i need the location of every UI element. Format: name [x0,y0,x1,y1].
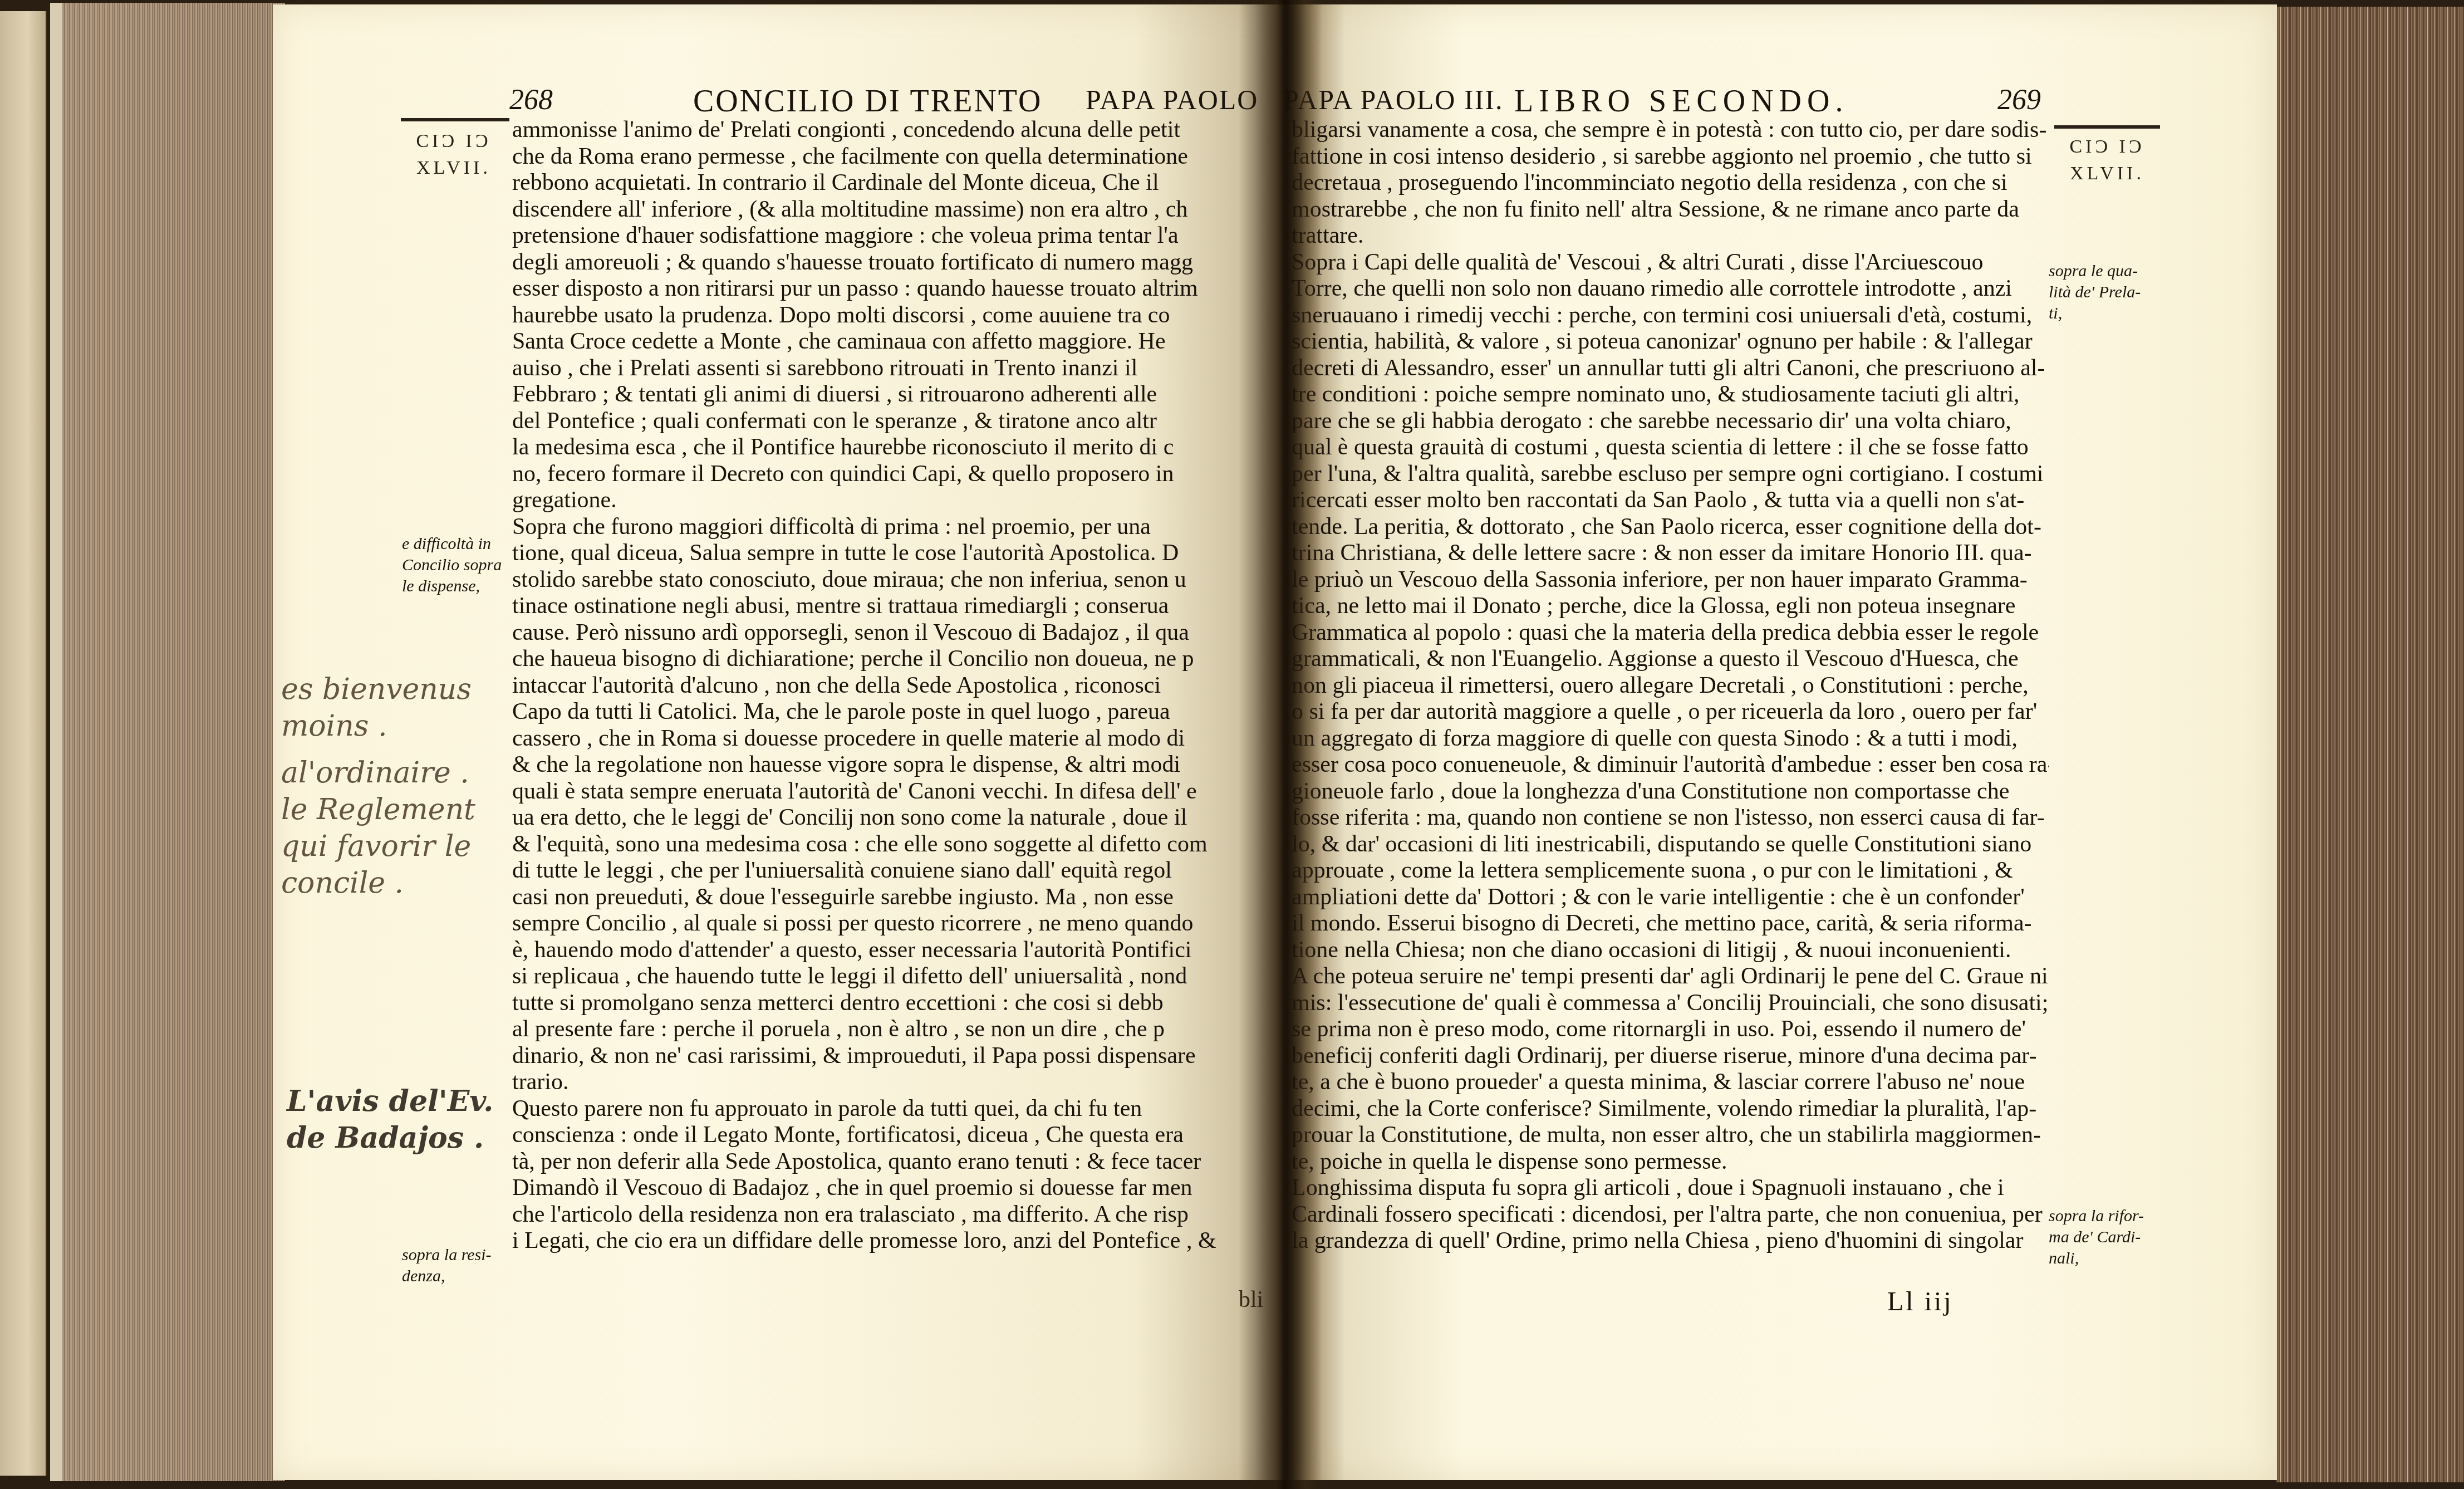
text-line: scientia, habilità, & valore , si poteua… [1292,329,2049,355]
year-line-2: XLVII. [398,155,509,182]
text-line: non gli piaceua il rimettersi, ouero all… [1292,673,2049,699]
handwritten-note-ordinaire: al'ordinaire . le Reglement qui favorir … [281,755,475,902]
text-line: Grammatica al popolo : quasi che la mate… [1292,620,2049,646]
text-line: un aggregato di forza maggiore di quelle… [1292,726,2049,752]
text-line: dinario, & non ne' casi rarissimi, & imp… [512,1043,1269,1070]
signature-mark: Ll iij [1887,1286,1953,1317]
text-line: al presente fare : perche il poruela , n… [512,1016,1269,1043]
text-line: Febbraro ; & tentati gli animi di diuers… [512,381,1269,408]
text-line: le priuò un Vescouo della Sassonia infer… [1292,567,2049,594]
catchword: bli [1239,1286,1263,1313]
left-running-head-fragment: PAPA PAOLO [1086,84,1258,116]
left-page-body: ammonisse l'animo de' Prelati congionti … [512,117,1269,1255]
text-line: te, a che è buono proueder' a questa min… [1292,1069,2049,1096]
text-line: & l'equità, sono una medesima cosa : che… [512,831,1269,858]
page-edges-left [50,3,285,1481]
text-line: ricercati esser molto ben raccontati da … [1292,487,2049,514]
text-line: & che la regolatione non hauesse vigore … [512,752,1269,778]
text-line: casi non preueduti, & doue l'esseguirle … [512,884,1269,911]
text-line: Questo parere non fu approuato in parole… [512,1096,1269,1123]
text-line: grammaticali, & non l'Euangelio. Aggions… [1292,646,2049,673]
text-line: prouar la Constitutione, de multa, non e… [1292,1122,2049,1149]
text-line: Capo da tutti li Catolici. Ma, che le pa… [512,699,1269,726]
text-line: degli amoreuoli ; & quando s'hauesse tro… [512,249,1269,276]
text-line: decimi, che la Corte conferisce? Similme… [1292,1096,2049,1123]
text-line: ampliationi dette da' Dottori ; & con le… [1292,884,2049,911]
right-page-body: bligarsi vanamente a cosa, che sempre è … [1292,117,2049,1255]
text-line: tione nella Chiesa; non che diano occasi… [1292,937,2049,964]
text-line: haurebbe usato la prudenza. Dopo molti d… [512,302,1269,329]
text-line: se prima non è preso modo, come ritornar… [1292,1016,2049,1043]
text-line: mostrarebbe , che non fu finito nell' al… [1292,197,2049,223]
text-line: decreti di Alessandro, esser' un annulla… [1292,355,2049,382]
sidenote-qualita-prelati: sopra le qua- lità de' Prela- ti, [2049,261,2141,324]
text-line: Longhissima disputa fu sopra gli articol… [1292,1175,2049,1202]
handwritten-note-avis: L'avis del'Ev. de Badajos . [287,1083,493,1157]
text-line: trario. [512,1069,1269,1096]
text-line: esser cosa poco conueneuole, & diminuir … [1292,752,2049,778]
text-line: Sopra i Capi delle qualità de' Vescoui ,… [1292,249,2049,276]
text-line: sneruauano i rimedij vecchi : perche, co… [1292,302,2049,329]
text-line: tà, per non deferir alla Sede Apostolica… [512,1149,1269,1175]
text-line: conscienza : onde il Legato Monte, forti… [512,1122,1269,1149]
text-line: Dimandò il Vescouo di Badajoz , che in q… [512,1175,1269,1202]
text-line: fosse riferita : ma, quando non contiene… [1292,805,2049,831]
text-line: trina Christiana, & delle lettere sacre … [1292,540,2049,567]
left-folio: 268 [509,84,553,116]
text-line: fattione in cosi intenso desiderio , si … [1292,144,2049,170]
text-line: decretaua , proseguendo l'incomminciato … [1292,170,2049,197]
text-line: qual è questa grauità di costumi , quest… [1292,434,2049,461]
text-line: che haueua bisogno di dichiaratione; per… [512,646,1269,673]
text-line: di tutte le leggi , che per l'uniuersali… [512,858,1269,884]
right-running-head: LIBRO SECONDO. [1514,84,1848,119]
sidenote-residenza: sopra la resi- denza, [402,1245,492,1287]
page-edges-right [2276,7,2464,1482]
year-line-2: XLVII. [2051,160,2163,187]
text-line: ua era detto, che le leggi de' Concilij … [512,805,1269,831]
text-line: esser disposto a non ritirarsi pur un pa… [512,276,1269,302]
text-line: trattare. [1292,223,2049,249]
text-line: Torre, che quelli non solo non dauano ri… [1292,276,2049,302]
text-line: lo, & dar' occasioni di liti inestricabi… [1292,831,2049,858]
text-line: pretensione d'hauer sodisfattione maggio… [512,223,1269,249]
year-line-1: CIƆ IƆ [398,128,509,155]
text-line: il mondo. Esserui bisogno di Decreti, ch… [1292,910,2049,937]
text-line: si replicaua , che hauendo tutte le legg… [512,963,1269,990]
text-line: sempre Concilio , al quale si possi per … [512,910,1269,937]
text-line: mis: l'essecutione de' quali è commessa … [1292,990,2049,1017]
text-line: approuate , come la lettera semplicement… [1292,858,2049,884]
text-line: A che poteua seruire ne' tempi presenti … [1292,963,2049,990]
book-cover-left [0,11,47,1476]
text-line: o si fa per dar autorità maggiore a quel… [1292,699,2049,726]
text-line: intaccar l'autorità d'alcuno , non che d… [512,673,1269,699]
text-line: Cardinali fossero specificati : dicendos… [1292,1202,2049,1228]
text-line: cassero , che in Roma si douesse procede… [512,726,1269,752]
text-line: ammonisse l'animo de' Prelati congionti … [512,117,1269,144]
text-line: tinace ostinatione negli abusi, mentre s… [512,593,1269,620]
text-line: quali è stata sempre eneruata l'autorità… [512,778,1269,805]
text-line: tutte si promolgano senza metterci dentr… [512,990,1269,1017]
text-line: Sopra che furono maggiori difficoltà di … [512,514,1269,541]
text-line: gioneuole farlo , doue la longhezza d'un… [1292,778,2049,805]
right-year-rule [2054,125,2160,129]
text-line: che l'articolo della residenza non era t… [512,1202,1269,1228]
text-line: che da Roma erano permesse , che facilme… [512,144,1269,170]
text-line: te, poiche in quella le dispense sono pe… [1292,1149,2049,1175]
text-line: del Pontefice ; quali confermati con le … [512,408,1269,435]
text-line: discendere all' inferiore , (& alla molt… [512,197,1269,223]
left-running-head: CONCILIO DI TRENTO [693,84,1042,119]
sidenote-difficolta: e difficoltà in Concilio sopra le dispen… [402,533,502,597]
year-line-1: CIƆ IƆ [2051,134,2163,160]
text-line: beneficij conferiti dagli Ordinarij, per… [1292,1043,2049,1070]
text-line: è, hauendo modo d'attender' a questo, es… [512,937,1269,964]
right-running-head-left: PAPA PAOLO III. [1283,84,1503,116]
text-line: tione, qual diceua, Salua sempre in tutt… [512,540,1269,567]
right-folio: 269 [1997,84,2041,116]
text-line: no, fecero formare il Decreto con quindi… [512,461,1269,488]
sidenote-riforma-cardinali: sopra la rifor- ma de' Cardi- nali, [2049,1206,2144,1269]
text-line: cause. Però nissuno ardì opporsegli, sen… [512,620,1269,646]
text-line: rebbono acquietati. In contrario il Card… [512,170,1269,197]
text-line: auiso , che i Prelati assenti si sarebbo… [512,355,1269,382]
handwritten-note-bienvenus: es bienvenus moins . [281,671,472,744]
text-line: tica, ne letto mai il Donato ; perche, d… [1292,593,2049,620]
text-line: stolido sarebbe stato conosciuto, doue m… [512,567,1269,594]
text-line: tende. La peritia, & dottorato , che San… [1292,514,2049,541]
text-line: tre conditioni : poiche sempre nominato … [1292,381,2049,408]
text-line: la medesima esca , che il Pontifice haur… [512,434,1269,461]
left-year-rule [401,118,509,121]
left-margin-year: CIƆ IƆ XLVII. [398,128,509,182]
text-line: per l'una, & l'altra qualità, sarebbe es… [1292,461,2049,488]
text-line: Santa Croce cedette a Monte , che camina… [512,329,1269,355]
text-line: gregatione. [512,487,1269,514]
text-line: pare che se gli habbia derogato : che sa… [1292,408,2049,435]
text-line: la grandezza di quell' Ordine, primo nel… [1292,1228,2049,1255]
right-margin-year: CIƆ IƆ XLVII. [2051,134,2163,187]
text-line: i Legati, che cio era un diffidare delle… [512,1228,1269,1255]
text-line: bligarsi vanamente a cosa, che sempre è … [1292,117,2049,144]
